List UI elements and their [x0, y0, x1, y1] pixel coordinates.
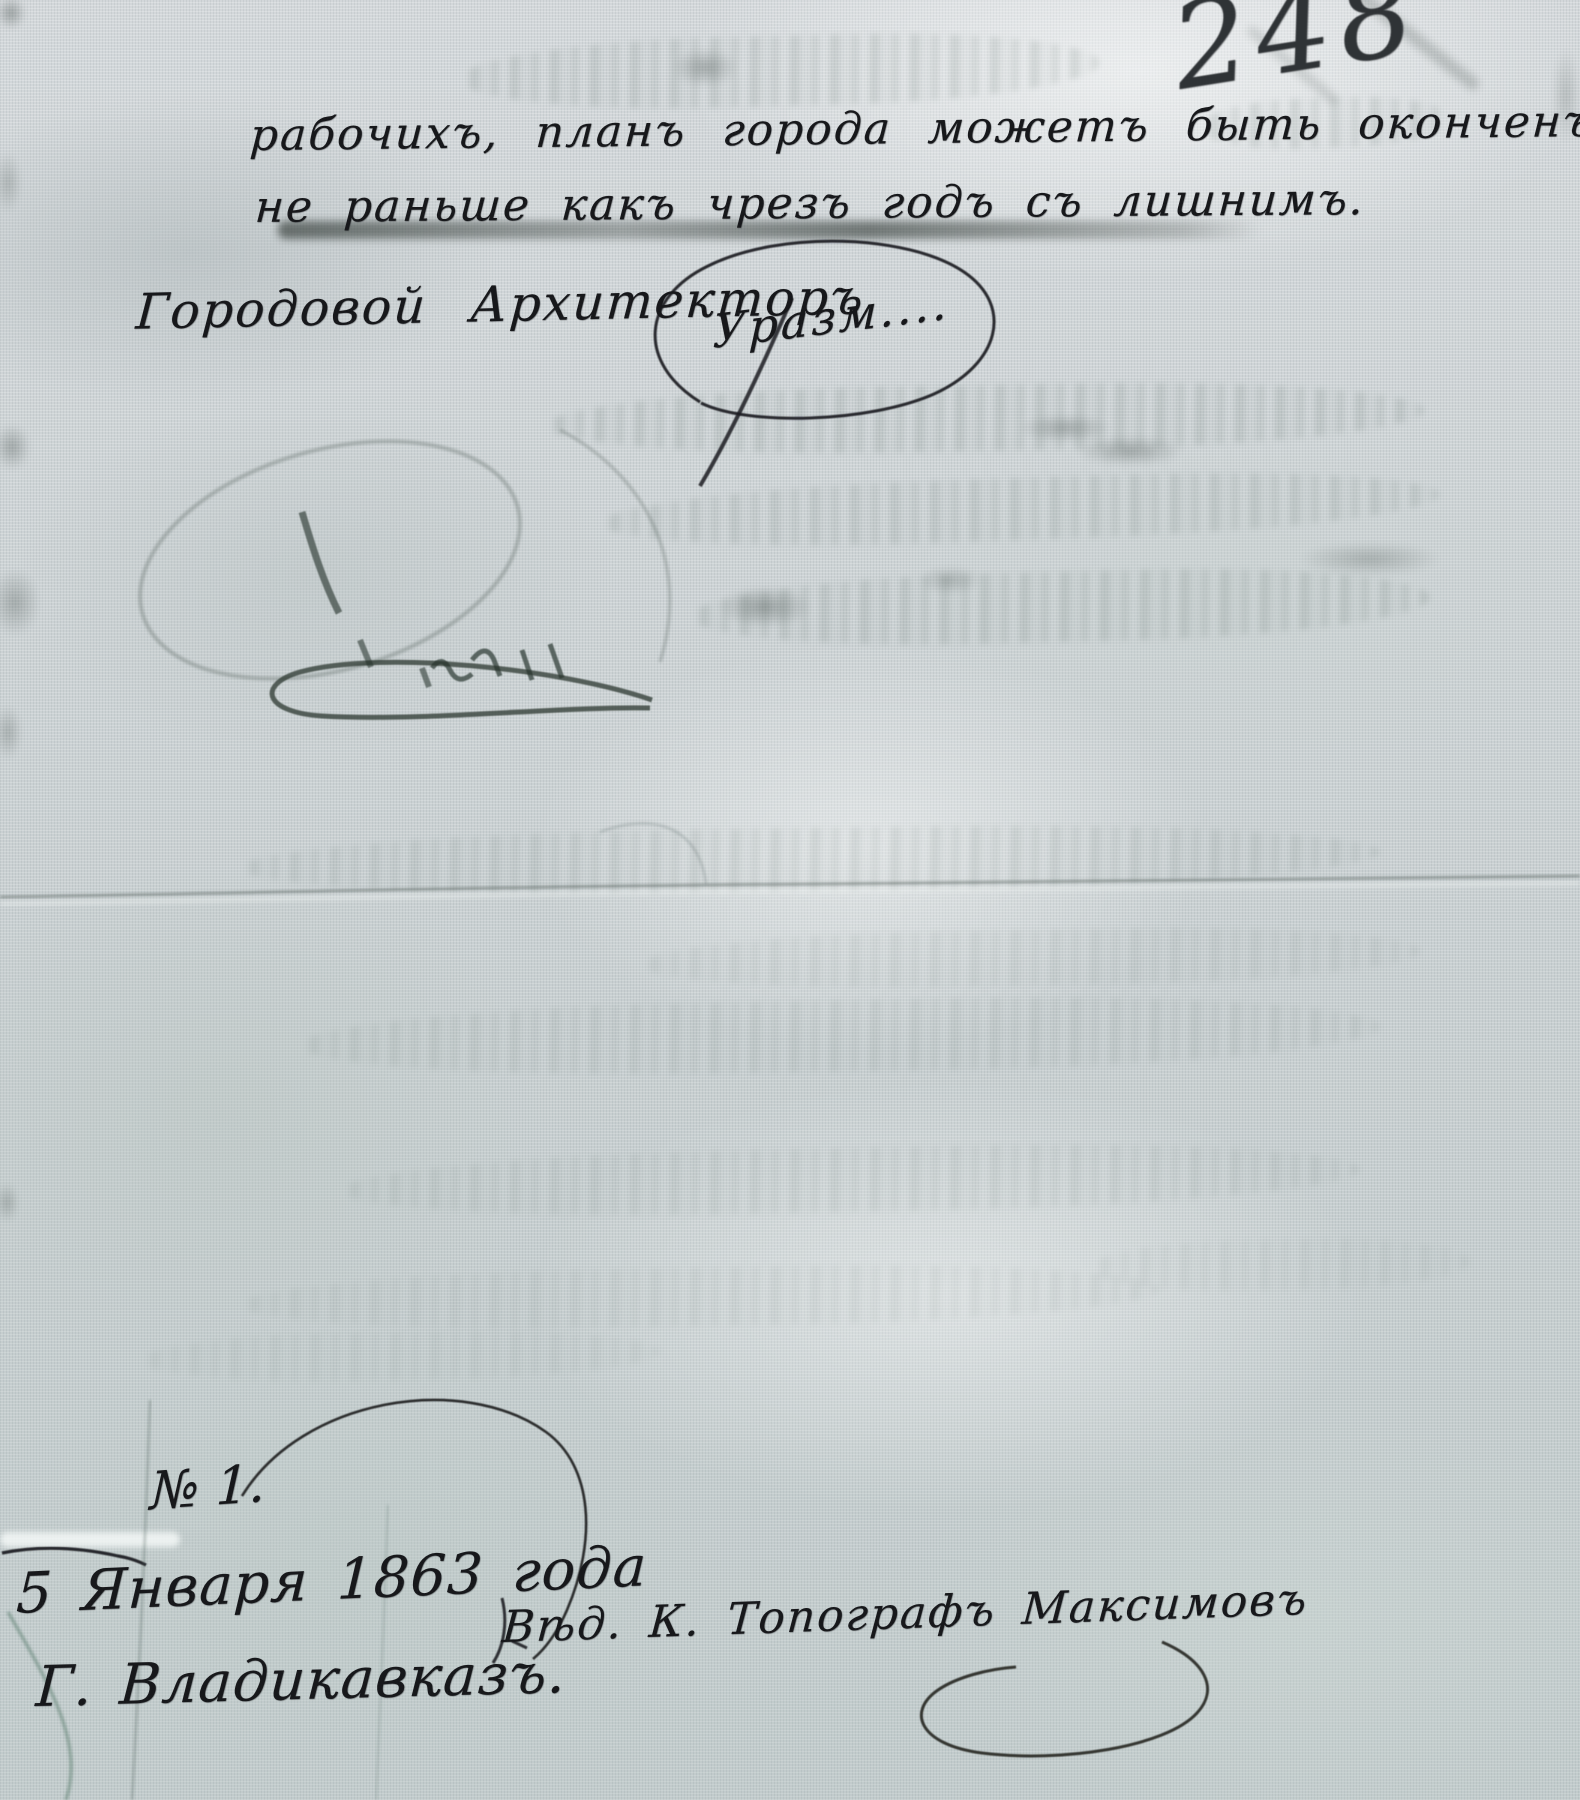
body-line-2: не раньше какъ чрезъ годъ съ лишнимъ. — [253, 174, 1366, 233]
edge-stain — [0, 415, 38, 479]
bleedthrough-band — [240, 1260, 1161, 1334]
edge-stain — [0, 140, 28, 225]
bleedthrough-band — [544, 377, 1425, 458]
body-line-1: рабочихъ, планъ города можетъ быть оконч… — [249, 96, 1580, 161]
document-number: № 1. — [149, 1454, 266, 1522]
bleedthrough-band — [640, 923, 1421, 993]
pencil-flourish — [112, 401, 670, 720]
ink-stain — [905, 560, 995, 600]
ink-stain — [660, 40, 750, 95]
bleedthrough-band — [1090, 1237, 1471, 1294]
bleedthrough-band — [140, 1327, 661, 1384]
bleedthrough-band — [339, 1137, 1360, 1222]
corner-stain — [0, 0, 32, 36]
clerk-signature-flourish — [921, 1642, 1207, 1756]
bleedthrough-band — [240, 820, 1381, 900]
edge-stain — [0, 695, 28, 770]
edge-stain — [0, 555, 50, 650]
place-line: Г. Владикавказъ. — [34, 1641, 568, 1720]
ink-stain — [700, 578, 830, 636]
ink-stain — [1055, 430, 1205, 472]
crease-highlight — [0, 1532, 180, 1547]
bleedthrough-band — [299, 991, 1380, 1082]
edge-stain — [0, 1175, 24, 1230]
scanned-document-page: 248 рабочихъ, планъ города можетъ быть о… — [0, 0, 1580, 1800]
ink-stain — [1270, 535, 1470, 583]
